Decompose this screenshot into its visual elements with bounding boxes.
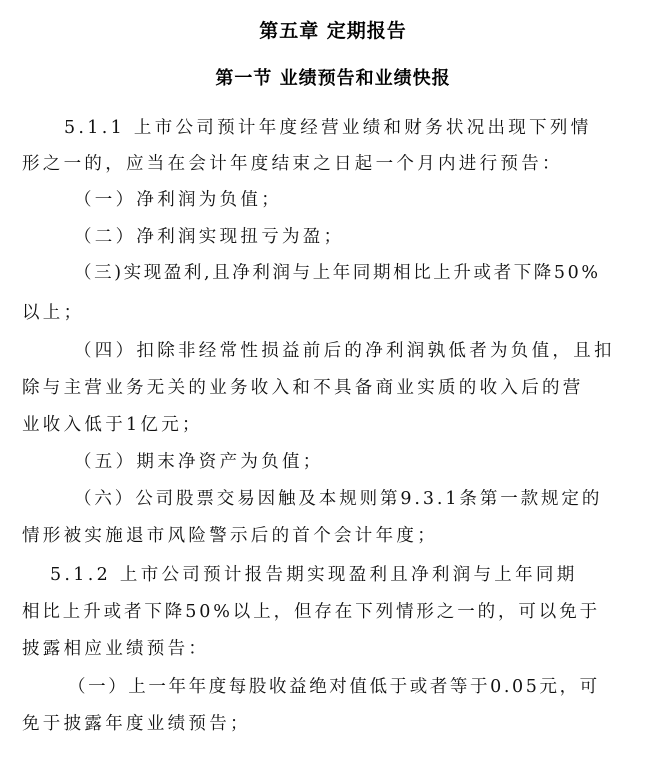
clause-4-line-2: 除与主营业务无关的业务收入和不具备商业实质的收入后的营 bbox=[22, 377, 584, 399]
clause-3-line-1: （三)实现盈利,且净利润与上年同期相比上升或者下降50% bbox=[74, 262, 601, 284]
clause-3-line-2: 以上； bbox=[22, 302, 84, 324]
clause-4-line-3: 业收入低于1亿元； bbox=[22, 414, 203, 436]
clause-5-line: （五）期末净资产为负值； bbox=[74, 451, 324, 473]
chapter-title: 第五章 定期报告 bbox=[0, 16, 666, 43]
section-title: 第一节 业绩预告和业绩快报 bbox=[0, 64, 666, 90]
clause-6-line-2: 情形被实施退市风险警示后的首个会计年度； bbox=[22, 525, 438, 547]
exemption-1-line-1: （一）上一年年度每股收益绝对值低于或者等于0.05元，可 bbox=[68, 676, 600, 698]
document-page: 第五章 定期报告 第一节 业绩预告和业绩快报 5.1.1 上市公司预计年度经营业… bbox=[0, 0, 666, 774]
article-5-1-1-line-1: 5.1.1 上市公司预计年度经营业绩和财务状况出现下列情 bbox=[64, 117, 592, 139]
clause-6-line-1: （六）公司股票交易因触及本规则第9.3.1条第一款规定的 bbox=[74, 488, 602, 510]
article-5-1-2-line-2: 相比上升或者下降50%以上，但存在下列情形之一的，可以免于 bbox=[22, 601, 600, 623]
article-5-1-2-line-3: 披露相应业绩预告： bbox=[22, 638, 209, 660]
clause-4-line-1: （四）扣除非经常性损益前后的净利润孰低者为负值，且扣 bbox=[74, 340, 615, 362]
clause-1-line: （一）净利润为负值； bbox=[74, 189, 282, 211]
exemption-1-line-2: 免于披露年度业绩预告； bbox=[22, 713, 251, 735]
article-5-1-2-line-1: 5.1.2 上市公司预计报告期实现盈利且净利润与上年同期 bbox=[50, 564, 578, 586]
article-5-1-1-line-2: 形之一的，应当在会计年度结束之日起一个月内进行预告： bbox=[22, 153, 563, 175]
clause-2-line: （二）净利润实现扭亏为盈； bbox=[74, 226, 344, 248]
